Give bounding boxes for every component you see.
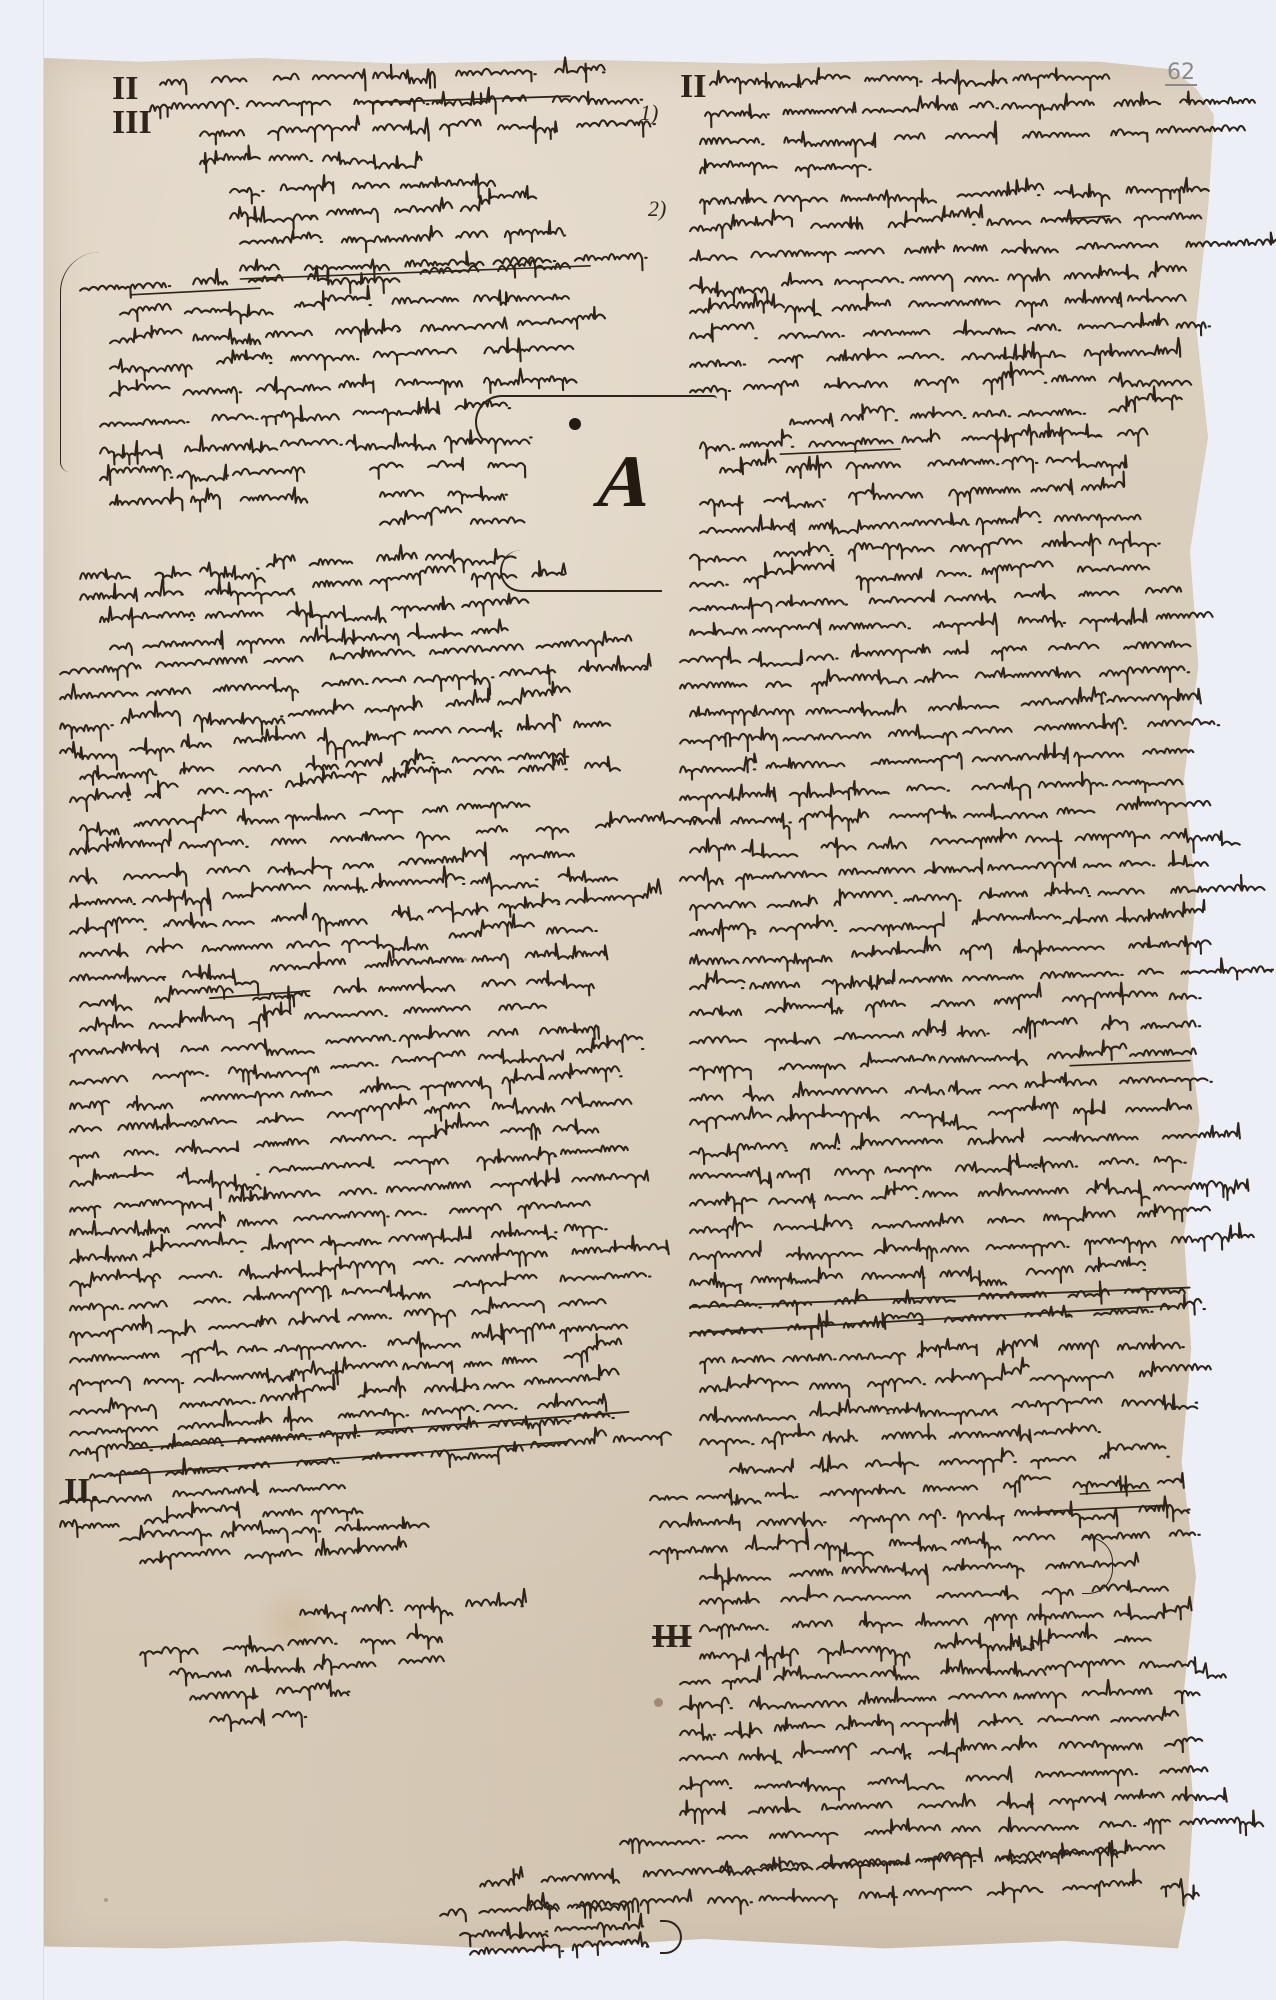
scan-edge-rule [43,0,44,2000]
paper-speck [104,1898,108,1902]
section-numeral: III [112,106,152,140]
list-marker: 2) [648,196,666,222]
section-numeral: II [112,72,138,106]
handwritten-line [700,155,881,182]
handwritten-line [370,452,521,478]
page-number: 62 [1165,62,1197,86]
section-numeral: III [652,1620,692,1654]
ink-blot [654,1698,663,1707]
handwritten-line [380,508,551,534]
handwritten-line [110,485,291,512]
handwritten-line [380,480,531,506]
section-numeral: II [680,70,706,104]
handwritten-line [209,1704,290,1730]
